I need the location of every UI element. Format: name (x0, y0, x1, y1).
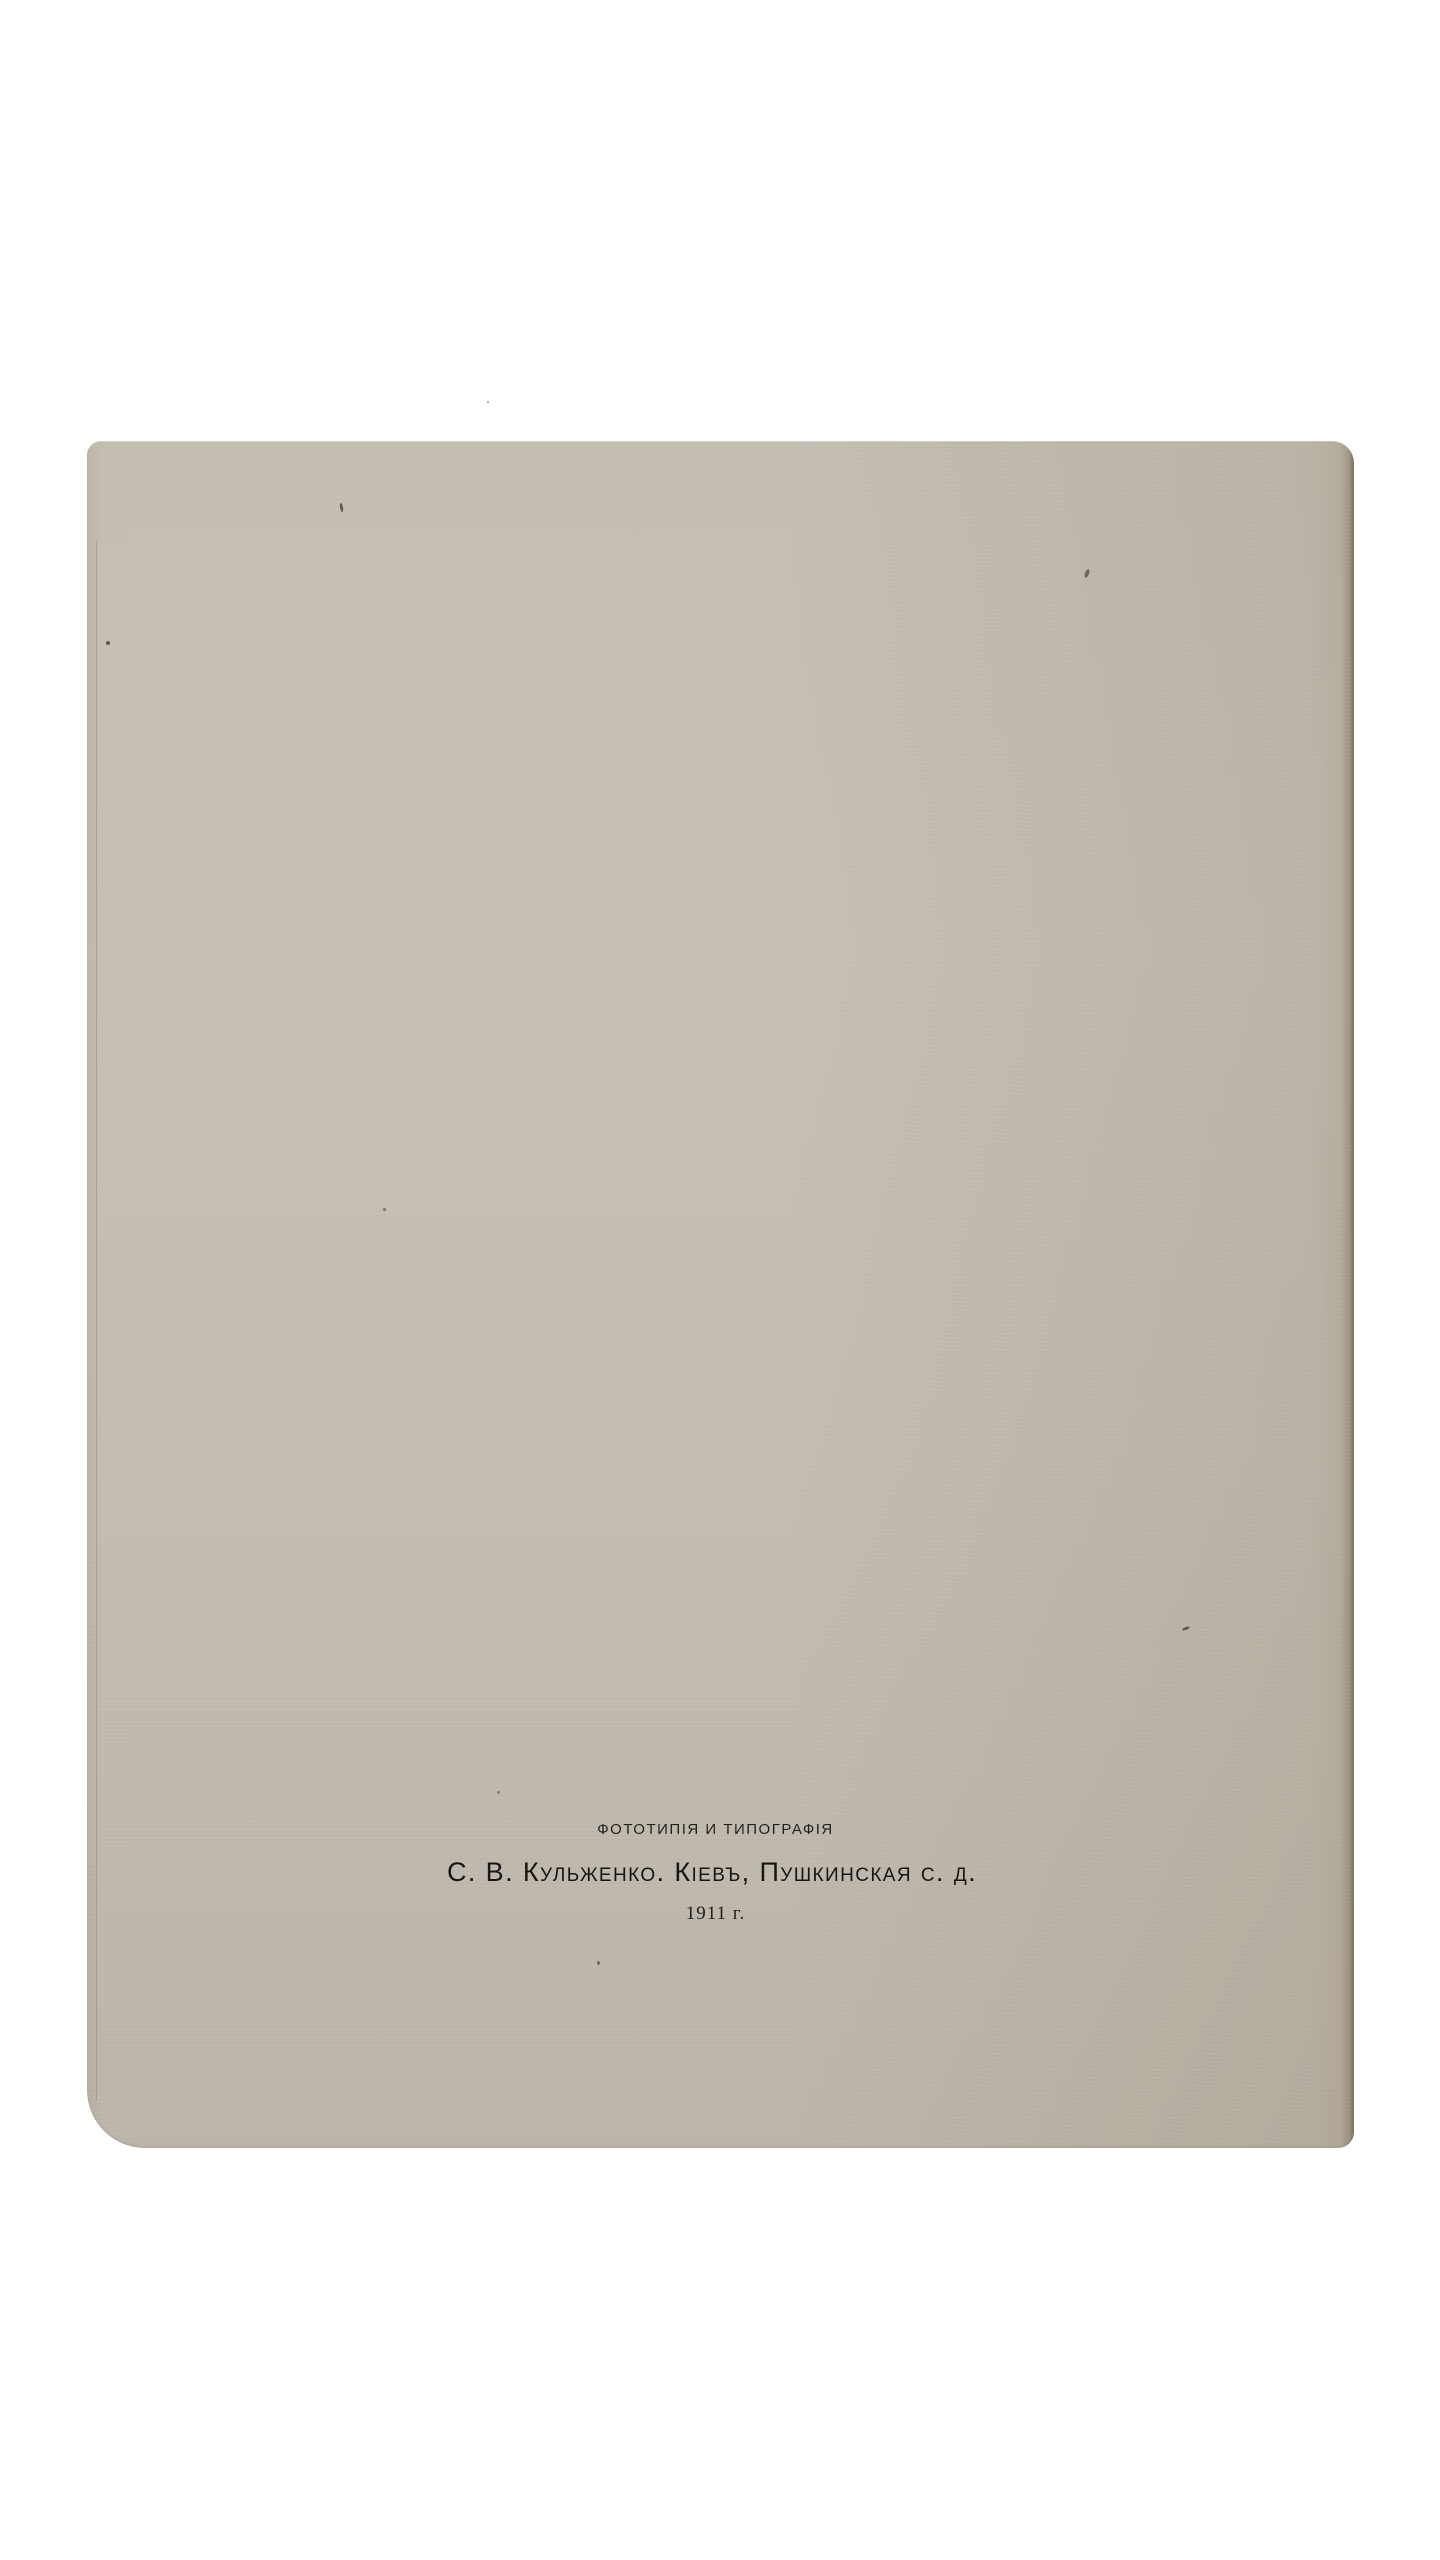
paper-blemish (1084, 569, 1091, 579)
imprint-year: 1911 г. (87, 1893, 1354, 1935)
book-back-cover: Фототипія и Типографія С. В. Кульженко. … (87, 441, 1354, 2148)
imprint-printer-name-address: С. В. Кульженко. Кіевъ, Пушкинская с. д. (87, 1851, 1354, 1893)
paper-blemish (597, 1961, 600, 1965)
paper-blemish (497, 1791, 500, 1794)
dust-speck (487, 401, 489, 403)
paper-blemish (106, 641, 110, 645)
printer-imprint: Фототипія и Типографія С. В. Кульженко. … (87, 1809, 1354, 1935)
scan-background: Фототипія и Типографія С. В. Кульженко. … (0, 0, 1440, 2560)
paper-blemish (1182, 1626, 1191, 1632)
paper-blemish (339, 503, 344, 512)
paper-blemish (383, 1208, 386, 1211)
imprint-printer-type: Фототипія и Типографія (87, 1809, 1354, 1851)
